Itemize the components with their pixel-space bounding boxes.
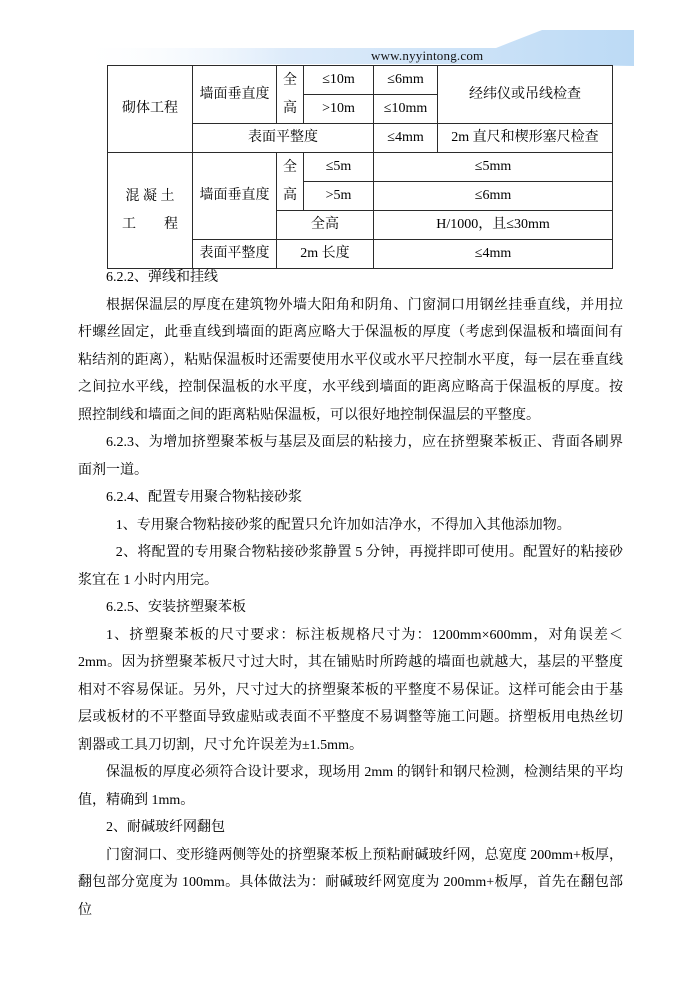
section-heading-622: 6.2.2、弹线和挂线 [78, 264, 623, 292]
cell-full-height-label: 全 高 [277, 153, 304, 211]
cell-tolerance: H/1000，且≤30mm [374, 211, 613, 240]
paragraph-snapline: 根据保温层的厚度在建筑物外墙大阳角和阴角、门窗洞口用钢丝挂垂直线，并用拉杆螺丝固… [78, 292, 623, 430]
list-item-1-mortar: 1、专用聚合物粘接砂浆的配置只允许加如洁净水，不得加入其他添加物。 [78, 512, 623, 540]
cell-tolerance: ≤6mm [374, 182, 613, 211]
section-623: 6.2.3、为增加挤塑聚苯板与基层及面层的粘接力，应在挤塑聚苯板正、背面各刷界面… [78, 429, 623, 484]
document-page: www.nyyintong.com 砌体工程 墙面垂直度 全 高 ≤10m ≤6… [0, 0, 700, 990]
tolerance-spec-table: 砌体工程 墙面垂直度 全 高 ≤10m ≤6mm 经纬仪或吊线检查 >10m ≤… [107, 65, 613, 269]
list-item-2-mortar: 2、将配置的专用聚合物粘接砂浆静置 5 分钟，再搅拌即可使用。配置好的粘接砂浆宜… [78, 539, 623, 594]
cell-condition: >10m [304, 95, 374, 124]
paragraph-board-thickness: 保温板的厚度必须符合设计要求，现场用 2mm 的钢针和钢尺检测，检测结果的平均值… [78, 759, 623, 814]
cell-tolerance: ≤6mm [374, 66, 438, 95]
table-row: 砌体工程 墙面垂直度 全 高 ≤10m ≤6mm 经纬仪或吊线检查 [108, 66, 613, 95]
cell-project-concrete: 混 凝 土 工 程 [108, 153, 193, 269]
cell-check-method: 2m 直尺和楔形塞尺检查 [438, 124, 613, 153]
section-heading-624: 6.2.4、配置专用聚合物粘接砂浆 [78, 484, 623, 512]
watermark-url-text: www.nyyintong.com [371, 48, 483, 63]
cell-check-method: 经纬仪或吊线检查 [438, 66, 613, 124]
cell-condition: ≤5m [304, 153, 374, 182]
table-row: 混 凝 土 工 程 墙面垂直度 全 高 ≤5m ≤5mm [108, 153, 613, 182]
cell-tolerance: ≤5mm [374, 153, 613, 182]
cell-full-height-label: 全 高 [277, 66, 304, 124]
cell-full-height: 全高 [277, 211, 374, 240]
cell-project-masonry: 砌体工程 [108, 66, 193, 153]
section-heading-625: 6.2.5、安装挤塑聚苯板 [78, 594, 623, 622]
paragraph-mesh-detail: 门窗洞口、变形缝两侧等处的挤塑聚苯板上预粘耐碱玻纤网，总宽度 200mm+板厚，… [78, 842, 623, 925]
list-item-2-mesh-wrap: 2、耐碱玻纤网翻包 [78, 814, 623, 842]
document-body: 6.2.2、弹线和挂线 根据保温层的厚度在建筑物外墙大阳角和阴角、门窗洞口用钢丝… [78, 264, 623, 924]
header-ribbon-decoration [0, 0, 700, 70]
cell-condition: >5m [304, 182, 374, 211]
list-item-1-board-size: 1、挤塑聚苯板的尺寸要求：标注板规格尺寸为：1200mm×600mm，对角误差＜… [78, 622, 623, 760]
cell-condition: ≤10m [304, 66, 374, 95]
cell-tolerance: ≤4mm [374, 124, 438, 153]
cell-surface-flatness: 表面平整度 [193, 124, 374, 153]
cell-wall-verticality: 墙面垂直度 [193, 66, 277, 124]
cell-wall-verticality: 墙面垂直度 [193, 153, 277, 240]
cell-tolerance: ≤10mm [374, 95, 438, 124]
